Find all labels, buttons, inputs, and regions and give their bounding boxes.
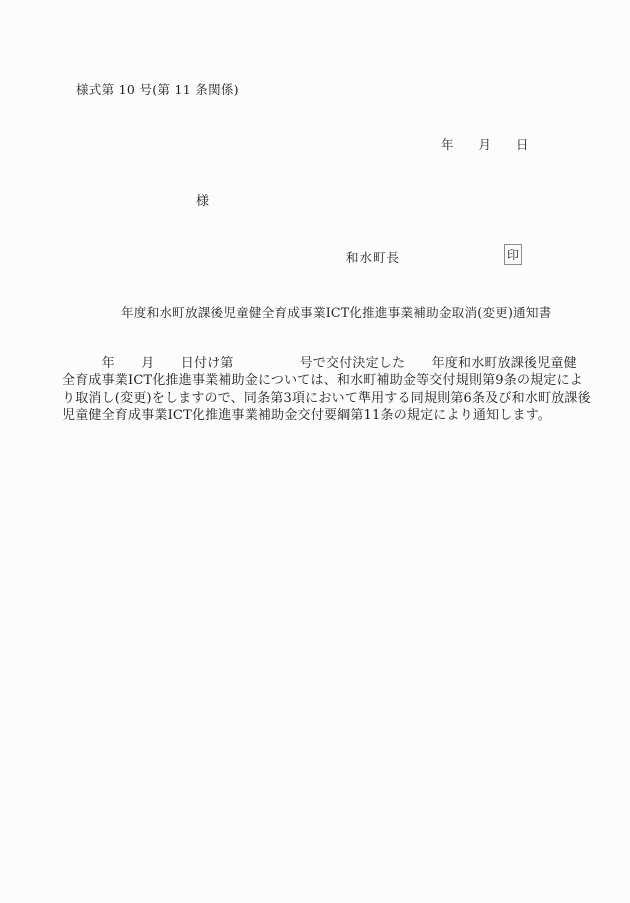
form-number: 様式第 10 号(第 11 条関係) xyxy=(76,80,239,98)
seal-label: 印 xyxy=(507,246,519,263)
document-page: 様式第 10 号(第 11 条関係) 年 月 日 様 和水町長 印 年度和水町放… xyxy=(0,0,630,903)
seal-box: 印 xyxy=(504,244,522,265)
date-line: 年 月 日 xyxy=(441,135,529,153)
addressee-suffix: 様 xyxy=(196,190,209,209)
body-paragraph: 年 月 日付け第 号で交付決定した 年度和水町放課後児童健 全育成事業ICT化推… xyxy=(62,355,578,425)
body-line: 児童健全育成事業ICT化推進事業補助金交付要綱第11条の規定により通知します。 xyxy=(62,407,578,424)
document-title: 年度和水町放課後児童健全育成事業ICT化推進事業補助金取消(変更)通知書 xyxy=(121,302,551,321)
body-line: り取消し(変更)をしますので、同条第3項において準用する同規則第6条及び和水町放… xyxy=(62,390,578,407)
mayor-title: 和水町長 xyxy=(346,248,400,266)
body-line: 全育成事業ICT化推進事業補助金については、和水町補助金等交付規則第9条の規定に… xyxy=(62,372,578,389)
body-line: 年 月 日付け第 号で交付決定した 年度和水町放課後児童健 xyxy=(62,355,578,372)
